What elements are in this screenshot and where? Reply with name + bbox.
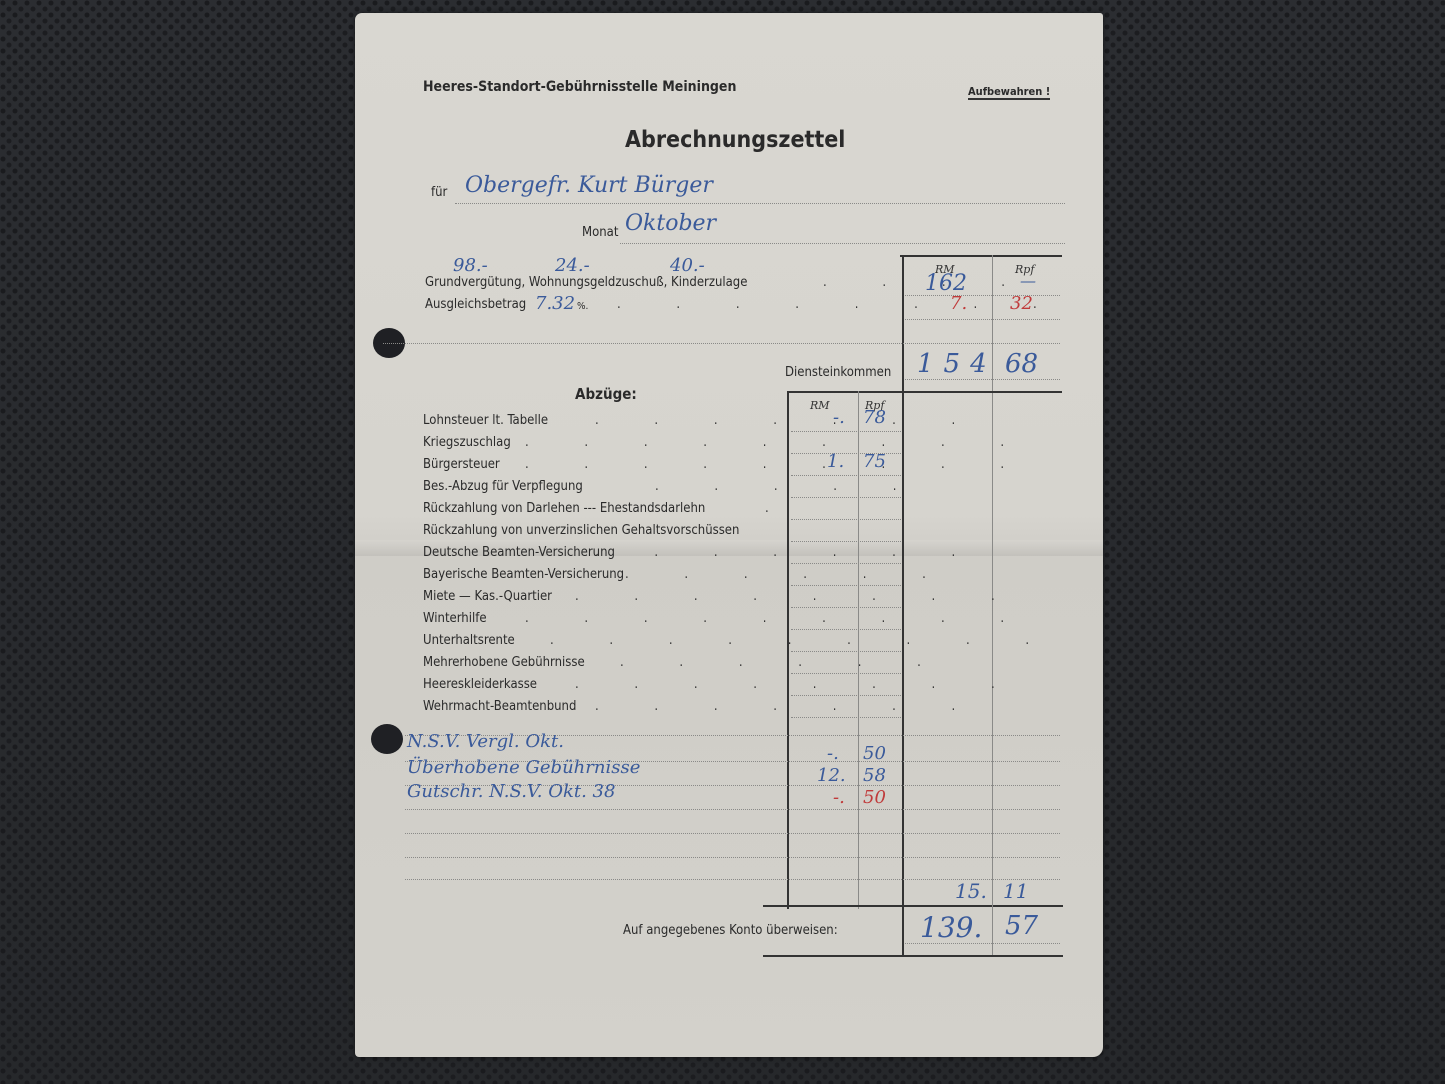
- transfer-rm: 139.: [920, 911, 982, 944]
- earnings-line1-rpf: —: [1020, 271, 1036, 290]
- office-name: Heeres-Standort-Gebührnisstelle Meininge…: [423, 79, 736, 95]
- net-income-rm: 154: [917, 349, 997, 379]
- keep-notice: Aufbewahren !: [968, 85, 1050, 100]
- deductions-col-rm: RM: [810, 399, 830, 412]
- amount-child: 40.-: [670, 255, 705, 276]
- pay-slip-document: Heeres-Standort-Gebührnisstelle Meininge…: [355, 13, 1103, 1057]
- transfer-label: Auf angegebenes Konto überweisen:: [623, 923, 838, 938]
- month-value: Oktober: [625, 211, 716, 236]
- transfer-rpf: 57: [1005, 911, 1038, 941]
- month-label: Monat: [582, 225, 618, 240]
- for-label: für: [431, 185, 447, 200]
- earnings-line1-label: Grundvergütung, Wohnungsgeldzuschuß, Kin…: [425, 275, 747, 290]
- handwritten-deduction-1: N.S.V. Vergl. Okt.: [407, 731, 564, 752]
- adjustment-percent: 7.32: [535, 293, 575, 314]
- earnings-line2-rm: 7.: [950, 293, 967, 314]
- document-title: Abrechnungszettel: [625, 127, 845, 153]
- deductions-heading: Abzüge:: [575, 385, 637, 403]
- earnings-line2-label: Ausgleichsbetrag: [425, 297, 526, 312]
- handwritten-deduction-3: Gutschr. N.S.V. Okt. 38: [407, 781, 615, 802]
- deductions-total-rm: 15.: [955, 879, 987, 903]
- handwritten-deduction-2: Überhobene Gebührnisse: [407, 757, 640, 778]
- punch-hole-bottom: [371, 724, 403, 754]
- net-income-label: Diensteinkommen: [785, 365, 891, 380]
- amount-base-pay: 98.-: [453, 255, 488, 276]
- net-income-rpf: 68: [1005, 349, 1038, 379]
- deductions-total-rpf: 11: [1003, 879, 1028, 903]
- recipient-name: Obergefr. Kurt Bürger: [465, 173, 713, 198]
- amount-housing: 24.-: [555, 255, 590, 276]
- earnings-line2-rpf: 32: [1010, 293, 1033, 314]
